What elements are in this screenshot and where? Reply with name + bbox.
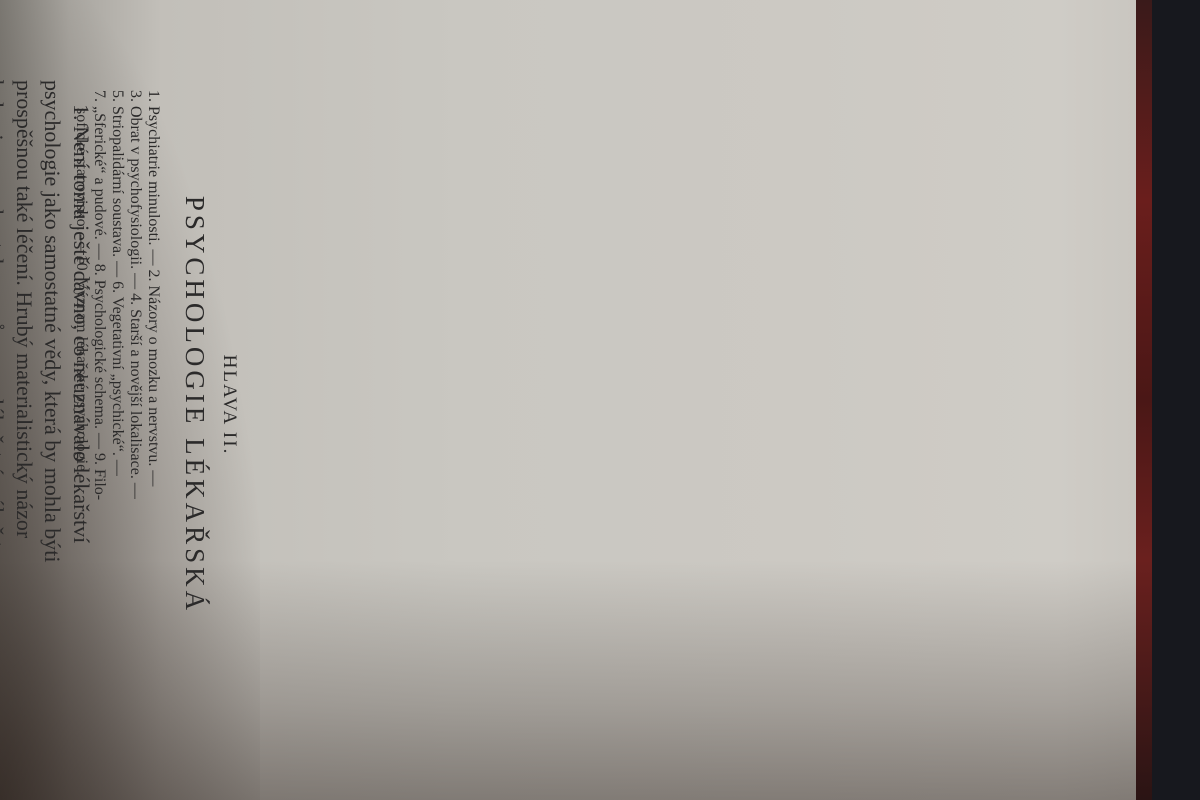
chapter-label: HLAVA II. — [218, 60, 240, 750]
photo-scene: HLAVA II. PSYCHOLOGIE LÉKAŘSKÁ 1. Psychi… — [0, 0, 1200, 800]
text-line: 1. Není tomu ještě dávno, co neuznávalo … — [67, 80, 96, 720]
page-content-rotated: HLAVA II. PSYCHOLOGIE LÉKAŘSKÁ 1. Psychi… — [240, 60, 1000, 750]
background-surface — [1152, 0, 1200, 800]
text-line: byl nejen nevyhnutelnou průpravou lékařs… — [0, 80, 10, 720]
text-line: prospěšnou také léčení. Hrubý materialis… — [10, 80, 39, 720]
body-text: 1. Není tomu ještě dávno, co neuznávalo … — [0, 80, 95, 720]
summary-line: 5. Striopalidární soustava. — 6. Vegetat… — [108, 90, 126, 690]
summary-line: 1. Psychiatrie minulosti. — 2. Názory o … — [144, 90, 162, 690]
book-cover-edge — [1136, 0, 1152, 800]
summary-line: 3. Obrat v psychofysiologii. — 4. Starší… — [126, 90, 144, 690]
text-line: psychologie jako samostatné vědy, která … — [38, 80, 67, 720]
chapter-title: PSYCHOLOGIE LÉKAŘSKÁ — [179, 60, 210, 750]
